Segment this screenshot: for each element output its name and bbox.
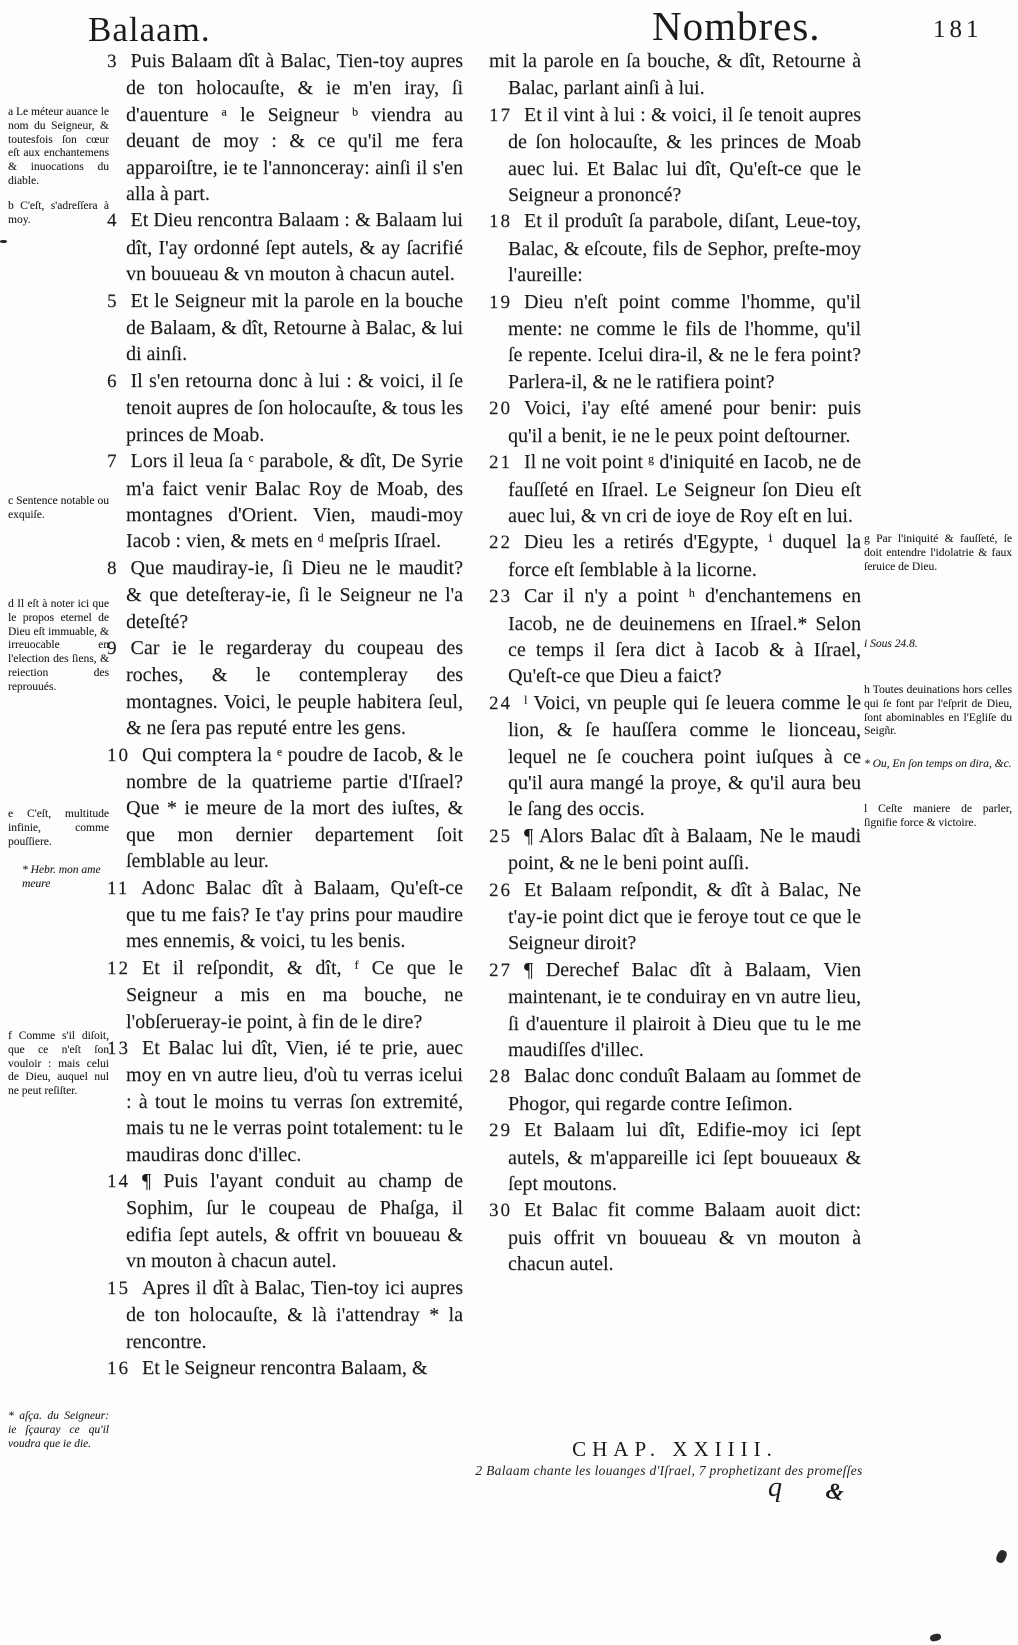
verse-paragraph: 9Car ie le regarderay du coupeau des roc…	[107, 635, 463, 742]
catchword: q	[768, 1472, 782, 1504]
verse-number: 11	[107, 878, 129, 899]
verse-number: 8	[107, 558, 119, 579]
verse-text: Qui comptera la ᵉ poudre de Iacob, & le …	[126, 744, 463, 873]
verse-number: 3	[107, 51, 119, 72]
verse-text: Et Balac fit comme Balaam auoit dict: pu…	[508, 1199, 861, 1275]
verse-number: 12	[107, 958, 130, 979]
margin-note-d: d Il eſt à noter ici que le propos etern…	[8, 598, 109, 695]
verse-text: Il s'en retourna donc à lui : & voici, i…	[126, 370, 463, 446]
running-head-book-title: Nombres.	[652, 2, 821, 50]
verse-paragraph: 21Il ne voit point ᵍ d'iniquité en Iacob…	[489, 449, 861, 529]
verse-paragraph: 27¶ Derechef Balac dît à Balaam, Vien ma…	[489, 957, 861, 1064]
chapter-summary: 2 Balaam chante les louanges d'Iſrael, 7…	[468, 1463, 870, 1479]
verse-number: 18	[489, 211, 512, 232]
verse-paragraph: 19Dieu n'eſt point comme l'homme, qu'il …	[489, 289, 861, 396]
ink-speck	[929, 1633, 941, 1643]
verse-number: 29	[489, 1120, 512, 1141]
verse-number: 23	[489, 586, 512, 607]
verse-paragraph: 12Et il reſpondit, & dît, ᶠ Ce que le Se…	[107, 955, 463, 1035]
verse-number: 9	[107, 638, 119, 659]
verse-paragraph: 8Que maudiray-ie, ſi Dieu ne le maudit? …	[107, 555, 463, 635]
verse-paragraph: 24ˡ Voici, vn peuple qui ſe leuera comme…	[489, 690, 861, 823]
verse-text: Il ne voit point ᵍ d'iniquité en Iacob, …	[508, 451, 861, 527]
verse-text: Adonc Balac dît à Balaam, Qu'eſt-ce que …	[126, 877, 463, 953]
verse-text: Et Dieu rencontra Balaam : & Balaam lui …	[126, 209, 463, 285]
verse-number: 24	[489, 693, 512, 714]
verse-paragraph: 25¶ Alors Balac dît à Balaam, Ne le maud…	[489, 823, 861, 877]
verse-number: 26	[489, 880, 512, 901]
verse-paragraph: 14¶ Puis l'ayant conduit au champ de Sop…	[107, 1168, 463, 1275]
verse-text: Et le Seigneur mit la parole en la bouch…	[126, 290, 463, 366]
margin-note-g: g Par l'iniquité & fauſſeté, ſe doit ent…	[864, 533, 1012, 574]
verse-paragraph: 6Il s'en retourna donc à lui : & voici, …	[107, 368, 463, 448]
verse-paragraph: 7Lors il leua ſa ᶜ parabole, & dît, De S…	[107, 448, 463, 555]
verse-text: Et Balac lui dît, Vien, ié te prie, auec…	[126, 1037, 463, 1166]
verse-text: Que maudiray-ie, ſi Dieu ne le maudit? &…	[126, 557, 463, 633]
verse-paragraph: 3Puis Balaam dît à Balac, Tien-toy aupre…	[107, 48, 463, 207]
verse-paragraph: 23Car il n'y a point ʰ d'enchantemens en…	[489, 583, 861, 690]
ink-speck	[0, 240, 7, 243]
margin-note-b: b C'eſt, s'adreſſera à moy.	[8, 200, 109, 228]
ampersand-ornament: &	[824, 1478, 846, 1507]
verse-number: 30	[489, 1200, 512, 1221]
verse-text: Voici, i'ay eſté amené pour benir: puis …	[508, 397, 861, 446]
margin-note-ou: * Ou, En ſon temps on dira, &c.	[864, 758, 1012, 772]
ink-speck	[995, 1549, 1009, 1565]
margin-note-asc: * aſça. du Seigneur: ie ſçauray ce qu'il…	[8, 1410, 109, 1451]
verse-text: Et Balaam lui dît, Edifie-moy ici ſept a…	[508, 1119, 861, 1195]
verse-number: 25	[489, 826, 512, 847]
verse-text: Apres il dît à Balac, Tien-toy ici aupre…	[126, 1277, 463, 1353]
verse-paragraph: 28Balac donc conduît Balaam au ſommet de…	[489, 1063, 861, 1117]
verse-number: 28	[489, 1066, 512, 1087]
verse-number: 10	[107, 745, 130, 766]
margin-note-a: a Le méteur auance le nom du Seigneur, &…	[8, 106, 109, 189]
verse-number: 27	[489, 960, 512, 981]
left-text-column: 3Puis Balaam dît à Balac, Tien-toy aupre…	[107, 48, 463, 1382]
verse-paragraph: 18Et il produît ſa parabole, diſant, Leu…	[489, 208, 861, 288]
verse-paragraph: 5Et le Seigneur mit la parole en la bouc…	[107, 288, 463, 368]
margin-note-hebr: * Hebr. mon ame meure	[8, 864, 109, 892]
verse-paragraph: 15Apres il dît à Balac, Tien-toy ici aup…	[107, 1275, 463, 1355]
verse-paragraph: 17Et il vint à lui : & voici, il ſe teno…	[489, 102, 861, 209]
verse-text: Dieu n'eſt point comme l'homme, qu'il me…	[508, 291, 861, 393]
chapter-heading: CHAP. XXIIII.	[489, 1437, 861, 1462]
margin-note-f: f Comme s'il diſoit, que ce n'eſt ſon vo…	[8, 1030, 109, 1099]
verse-text: Et il produît ſa parabole, diſant, Leue-…	[508, 210, 861, 286]
verse-paragraph: 22Dieu les a retirés d'Egypte, ⁱ duquel …	[489, 529, 861, 583]
verse-paragraph: 29Et Balaam lui dît, Edifie-moy ici ſept…	[489, 1117, 861, 1197]
verse-paragraph: 16Et le Seigneur rencontra Balaam, &	[107, 1355, 463, 1382]
verse-text: Lors il leua ſa ᶜ parabole, & dît, De Sy…	[126, 450, 463, 552]
margin-note-sous: i Sous 24.8.	[864, 638, 1012, 652]
verse-paragraph: 26Et Balaam reſpondit, & dît à Balac, Ne…	[489, 877, 861, 957]
verse-number: 14	[107, 1171, 130, 1192]
verse-paragraph: 4Et Dieu rencontra Balaam : & Balaam lui…	[107, 207, 463, 287]
verse-number: 15	[107, 1278, 130, 1299]
verse-text: Et le Seigneur rencontra Balaam, &	[142, 1357, 427, 1379]
verse-text: Car il n'y a point ʰ d'enchantemens en I…	[508, 585, 861, 687]
verse-text: Et il reſpondit, & dît, ᶠ Ce que le Seig…	[126, 957, 463, 1033]
verse-number: 16	[107, 1358, 130, 1379]
verse-text: ¶ Alors Balac dît à Balaam, Ne le maudi …	[508, 825, 861, 874]
verse-text: Puis Balaam dît à Balac, Tien-toy aupres…	[126, 50, 463, 205]
margin-note-h: h Toutes deuinations hors celles qui ſe …	[864, 684, 1012, 739]
book-page: Balaam. Nombres. 181 a Le méteur auance …	[0, 0, 1018, 1645]
verse-number: 17	[489, 105, 512, 126]
verse-text: Balac donc conduît Balaam au ſommet de P…	[508, 1065, 861, 1114]
verse-number: 7	[107, 451, 119, 472]
verse-number: 22	[489, 532, 512, 553]
running-head-left-title: Balaam.	[88, 10, 211, 50]
verse-number: 13	[107, 1038, 130, 1059]
verse-text: ¶ Puis l'ayant conduit au champ de Sophi…	[126, 1170, 463, 1272]
verse-text: Car ie le regarderay du coupeau des roch…	[126, 637, 463, 739]
verse-paragraph: 10Qui comptera la ᵉ poudre de Iacob, & l…	[107, 742, 463, 875]
page-number: 181	[933, 16, 983, 44]
verse-paragraph: 20Voici, i'ay eſté amené pour benir: pui…	[489, 395, 861, 449]
verse-paragraph: 11Adonc Balac dît à Balaam, Qu'eſt-ce qu…	[107, 875, 463, 955]
verse-text: ˡ Voici, vn peuple qui ſe leuera comme l…	[508, 692, 861, 821]
verse-text: ¶ Derechef Balac dît à Balaam, Vien main…	[508, 959, 861, 1061]
verse-paragraph: 30Et Balac fit comme Balaam auoit dict: …	[489, 1197, 861, 1277]
verse-number: 20	[489, 398, 512, 419]
verse-number: 19	[489, 292, 512, 313]
margin-note-l: l Ceſte maniere de parler, ſignifie forc…	[864, 803, 1012, 831]
verse-number: 5	[107, 291, 119, 312]
verse-text: mit la parole en ſa bouche, & dît, Retou…	[489, 50, 861, 99]
verse-text: Et Balaam reſpondit, & dît à Balac, Ne t…	[508, 879, 861, 955]
verse-paragraph: mit la parole en ſa bouche, & dît, Retou…	[489, 48, 861, 102]
verse-text: Dieu les a retirés d'Egypte, ⁱ duquel la…	[508, 531, 861, 580]
margin-note-c: c Sentence notable ou exquiſe.	[8, 495, 109, 523]
verse-number: 21	[489, 452, 512, 473]
verse-text: Et il vint à lui : & voici, il ſe tenoit…	[508, 104, 861, 206]
verse-paragraph: 13Et Balac lui dît, Vien, ié te prie, au…	[107, 1035, 463, 1168]
verse-number: 6	[107, 371, 119, 392]
right-text-column: mit la parole en ſa bouche, & dît, Retou…	[489, 48, 861, 1278]
margin-note-e: e C'eſt, multitude infinie, comme pouſſi…	[8, 808, 109, 849]
verse-number: 4	[107, 210, 119, 231]
